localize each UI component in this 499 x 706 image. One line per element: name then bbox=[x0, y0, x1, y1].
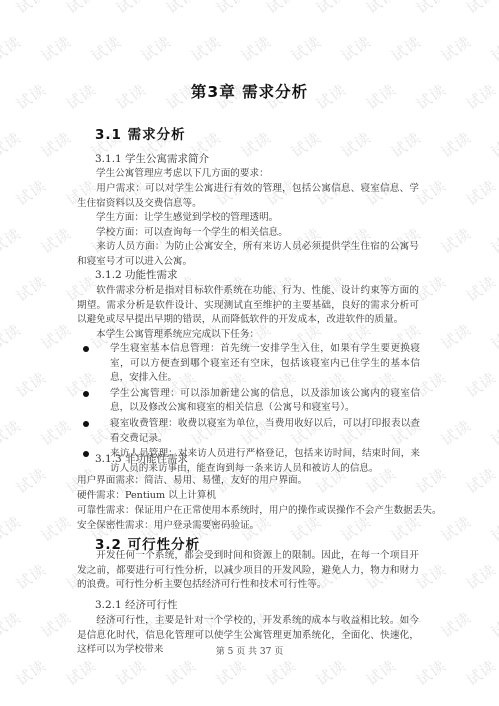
intro-text: 学生公寓管理应考虑以下几方面的要求： bbox=[96, 168, 269, 179]
section-heading-3-1: 3.1 需求分析 bbox=[95, 123, 186, 143]
reliability-requirement-line: 可靠性需求：保证用户在正常使用本系统时，用户的操作或误操作不会产生数据丢失。 bbox=[77, 502, 442, 516]
paragraph-requirements-analysis: 软件需求分析是指对目标软件系统在功能、行为、性能、设计约束等方面的期望。需求分析… bbox=[77, 284, 419, 328]
feasibility-text: 开发任何一个系统，都会受到时间和资源上的限制。因此，在每一个项目开发之前，都要进… bbox=[77, 550, 419, 590]
security-requirement-line: 安全保密性需求：用户登录需要密码验证。 bbox=[77, 517, 259, 531]
subsection-heading-3-2-1: 3.2.1 经济可行性 bbox=[95, 597, 178, 612]
subsection-heading-3-1-3: 3.1.3 非功能性需求 bbox=[95, 451, 188, 466]
bullet-text: 寝室收费管理：收费以寝室为单位，当费用收好以后，可以打印报表以查看交费记录。 bbox=[110, 418, 420, 444]
visitor-side-text: 来访人员方面：为防止公寓安全，所有来访人员必须提供学生住宿的公寓号和寝室号才可以… bbox=[77, 241, 419, 267]
subsection-heading-3-1-2: 3.1.2 功能性需求 bbox=[95, 267, 178, 282]
bullet-dot-icon bbox=[83, 391, 89, 397]
subsection-heading-3-1-1: 3.1.1 学生公寓需求简介 bbox=[95, 151, 209, 166]
bullet-dot-icon bbox=[83, 346, 89, 352]
paragraph-feasibility: 开发任何一个系统，都会受到时间和资源上的限制。因此，在每一个项目开发之前，都要进… bbox=[77, 549, 419, 593]
paragraph-student-side: 学生方面：让学生感觉到学校的管理透明。 bbox=[77, 211, 419, 226]
paragraph-intro: 学生公寓管理应考虑以下几方面的要求： bbox=[77, 167, 419, 182]
bullet-item: 学生寝室基本信息管理：首先统一安排学生入住，如果有学生要更换寝室，可以方便查到哪… bbox=[80, 342, 420, 386]
chapter-title: 第3章 需求分析 bbox=[0, 80, 499, 102]
ui-requirement-line: 用户界面需求：简洁、易用、易懂，友好的用户界面。 bbox=[77, 472, 307, 486]
paragraph-visitor-side: 来访人员方面：为防止公寓安全，所有来访人员必须提供学生住宿的公寓号和寝室号才可以… bbox=[77, 240, 419, 269]
student-side-text: 学生方面：让学生感觉到学校的管理透明。 bbox=[96, 212, 278, 223]
user-needs-text: 用户需求：可以对学生公寓进行有效的管理，包括公寓信息、寝室信息、学生住宿资料以及… bbox=[77, 183, 419, 209]
bullet-dot-icon bbox=[83, 421, 89, 427]
requirements-analysis-text: 软件需求分析是指对目标软件系统在功能、行为、性能、设计约束等方面的期望。需求分析… bbox=[77, 285, 419, 325]
paragraph-tasks-intro: 本学生公寓管理系统应完成以下任务： bbox=[77, 328, 419, 343]
paragraph-user-needs: 用户需求：可以对学生公寓进行有效的管理，包括公寓信息、寝室信息、学生住宿资料以及… bbox=[77, 182, 419, 211]
bullet-item: 学生公寓管理：可以添加新建公寓的信息，以及添加该公寓内的寝室信息，以及修改公寓和… bbox=[80, 387, 420, 416]
tasks-intro-text: 本学生公寓管理系统应完成以下任务： bbox=[96, 329, 259, 340]
school-side-text: 学校方面：可以查询每一个学生的相关信息。 bbox=[96, 227, 288, 238]
paragraph-school-side: 学校方面：可以查询每一个学生的相关信息。 bbox=[77, 226, 419, 241]
document-page: 第3章 需求分析 3.1 需求分析 3.1.1 学生公寓需求简介 学生公寓管理应… bbox=[0, 0, 499, 706]
bullet-text: 学生公寓管理：可以添加新建公寓的信息，以及添加该公寓内的寝室信息，以及修改公寓和… bbox=[110, 388, 420, 414]
page-footer: 第 5 页 共 37 页 bbox=[0, 644, 499, 657]
bullet-text: 学生寝室基本信息管理：首先统一安排学生入住，如果有学生要更换寝室，可以方便查到哪… bbox=[110, 343, 420, 383]
bullet-item: 寝室收费管理：收费以寝室为单位，当费用收好以后，可以打印报表以查看交费记录。 bbox=[80, 417, 420, 446]
hardware-requirement-line: 硬件需求：Pentium 以上计算机 bbox=[77, 487, 216, 501]
bullet-dot-icon bbox=[83, 451, 89, 457]
